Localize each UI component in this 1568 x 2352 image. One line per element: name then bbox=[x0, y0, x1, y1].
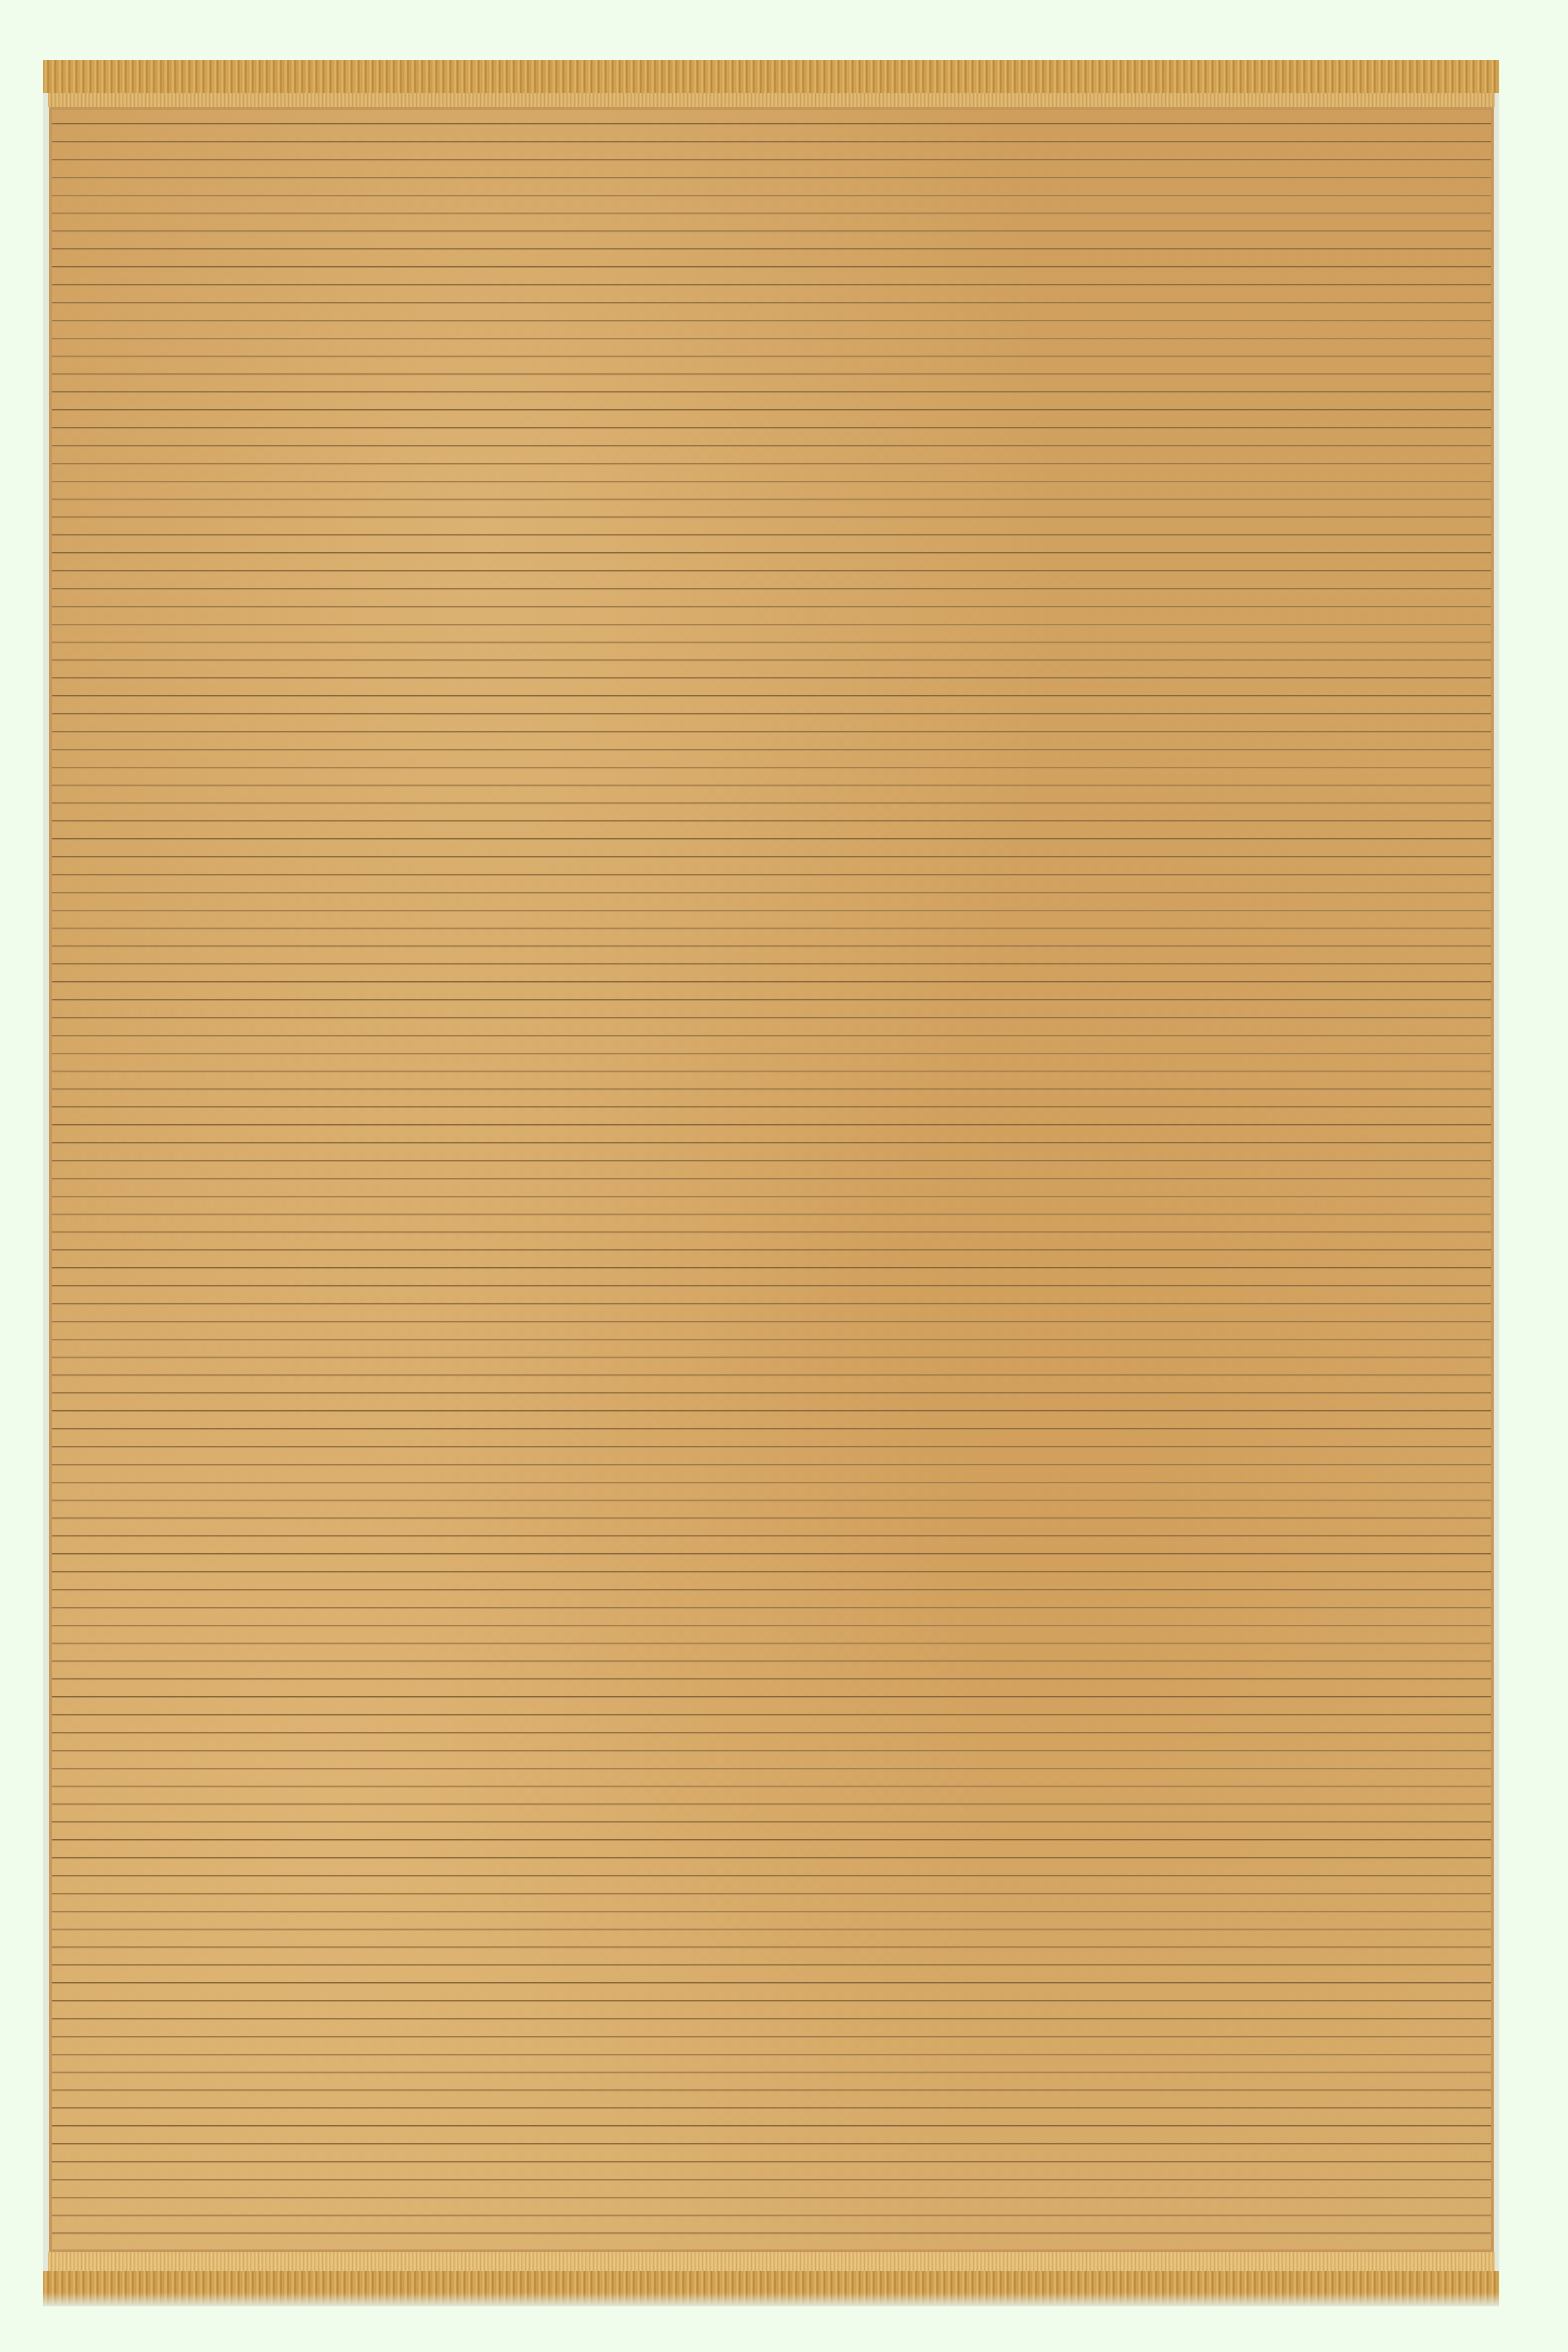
rug bbox=[43, 60, 1499, 2306]
rug-top-band bbox=[48, 93, 1495, 107]
rug-bottom-fringe bbox=[43, 2271, 1499, 2306]
rug-top-fringe bbox=[43, 60, 1499, 93]
rug-striped-field bbox=[49, 107, 1494, 2252]
rug-bottom-band bbox=[48, 2252, 1495, 2271]
